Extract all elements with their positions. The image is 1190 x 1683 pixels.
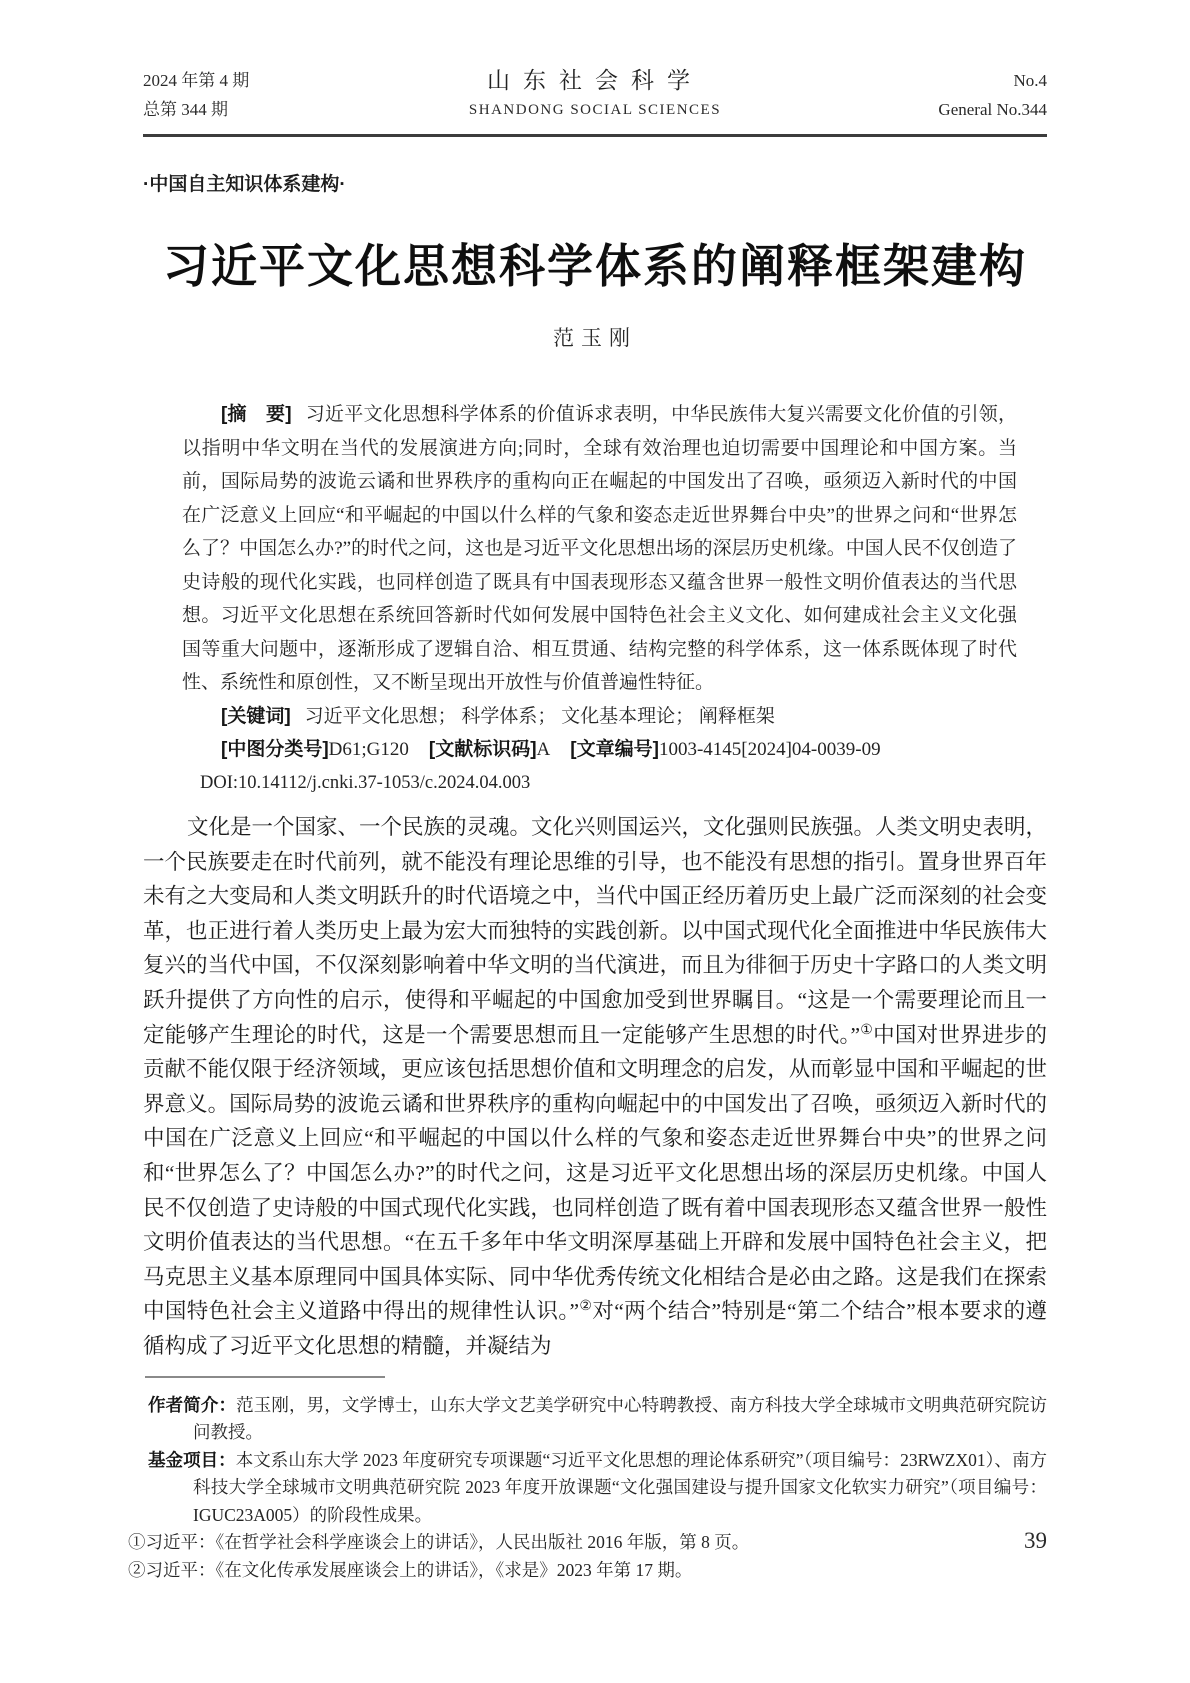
issue-en-line1: No.4 <box>857 66 1047 95</box>
keywords-line: [关键词]习近平文化思想； 科学体系； 文化基本理论； 阐释框架 <box>182 700 1017 734</box>
abstract-text: 习近平文化思想科学体系的价值诉求表明，中华民族伟大复兴需要文化价值的引领，以指明… <box>182 404 1017 693</box>
article-title: 习近平文化思想科学体系的阐释框架建构 <box>143 238 1047 296</box>
footnote-separator <box>145 1376 385 1378</box>
journal-name-en: SHANDONG SOCIAL SCIENCES <box>333 96 857 124</box>
funding-note: 基金项目：本文系山东大学 2023 年度研究专项课题“习近平文化思想的理论体系研… <box>138 1447 1047 1530</box>
clc-value: D61;G120 <box>329 739 409 760</box>
journal-name-cn: 山东社会科学 <box>333 66 857 96</box>
funding-text: 本文系山东大学 2023 年度研究专项课题“习近平文化思想的理论体系研究”（项目… <box>193 1450 1047 1525</box>
abstract-label: [摘 要] <box>221 404 292 425</box>
keywords-label: [关键词] <box>221 706 291 727</box>
doi-line: DOI:10.14112/j.cnki.37-1053/c.2024.04.00… <box>182 767 1017 801</box>
header-rule <box>143 134 1047 137</box>
author-bio-label: 作者简介： <box>148 1395 236 1415</box>
footnote-marker-1: ① <box>860 1022 873 1037</box>
body-text-1: 文化是一个国家、一个民族的灵魂。文化兴则国运兴，文化强则民族强。人类文明史表明，… <box>143 815 1047 1047</box>
funding-label: 基金项目： <box>148 1450 236 1470</box>
footnote-2: ②习近平：《在文化传承发展座谈会上的讲话》，《求是》2023 年第 17 期。 <box>128 1557 1047 1585</box>
author-bio-note: 作者简介：范玉刚，男，文学博士，山东大学文艺美学研究中心特聘教授、南方科技大学全… <box>138 1392 1047 1447</box>
body-text-2: 中国对世界进步的贡献不能仅限于经济领域，更应该包括思想价值和文明理念的启发，从而… <box>143 1023 1047 1324</box>
column-label: ·中国自主知识体系建构· <box>143 169 1047 196</box>
doc-code-label: [文献标识码] <box>429 739 537 760</box>
abstract-paragraph: [摘 要]习近平文化思想科学体系的价值诉求表明，中华民族伟大复兴需要文化价值的引… <box>182 398 1017 700</box>
issue-en-line2: General No.344 <box>857 95 1047 124</box>
keywords-text: 习近平文化思想； 科学体系； 文化基本理论； 阐释框架 <box>305 706 775 727</box>
doc-code-value: A <box>537 739 551 760</box>
footnote-marker-2: ② <box>579 1299 592 1314</box>
page-content: 2024 年第 4 期 总第 344 期 山东社会科学 SHANDONG SOC… <box>143 0 1047 1584</box>
footnotes-block: 作者简介：范玉刚，男，文学博士，山东大学文艺美学研究中心特聘教授、南方科技大学全… <box>128 1392 1047 1585</box>
classification-line: [中图分类号]D61;G120[文献标识码]A[文章编号]1003-4145[2… <box>182 733 1017 767</box>
issue-cn-line2: 总第 344 期 <box>143 95 333 124</box>
issue-cn-line1: 2024 年第 4 期 <box>143 66 333 95</box>
journal-name-block: 山东社会科学 SHANDONG SOCIAL SCIENCES <box>333 66 857 124</box>
issue-info-cn: 2024 年第 4 期 总第 344 期 <box>143 66 333 124</box>
journal-header: 2024 年第 4 期 总第 344 期 山东社会科学 SHANDONG SOC… <box>143 0 1047 124</box>
author-bio-text: 范玉刚，男，文学博士，山东大学文艺美学研究中心特聘教授、南方科技大学全球城市文明… <box>193 1395 1047 1443</box>
page-number: 39 <box>1024 1528 1047 1554</box>
footnote-1: ①习近平：《在哲学社会科学座谈会上的讲话》，人民出版社 2016 年版，第 8 … <box>128 1529 1047 1557</box>
journal-article-page: 2024 年第 4 期 总第 344 期 山东社会科学 SHANDONG SOC… <box>0 0 1190 1683</box>
body-paragraph: 文化是一个国家、一个民族的灵魂。文化兴则国运兴，文化强则民族强。人类文明史表明，… <box>143 810 1047 1364</box>
abstract-block: [摘 要]习近平文化思想科学体系的价值诉求表明，中华民族伟大复兴需要文化价值的引… <box>182 398 1017 800</box>
clc-label: [中图分类号] <box>221 739 329 760</box>
article-no-label: [文章编号] <box>570 739 659 760</box>
article-author: 范玉刚 <box>143 322 1047 352</box>
article-no-value: 1003-4145[2024]04-0039-09 <box>659 739 881 760</box>
issue-info-en: No.4 General No.344 <box>857 66 1047 124</box>
